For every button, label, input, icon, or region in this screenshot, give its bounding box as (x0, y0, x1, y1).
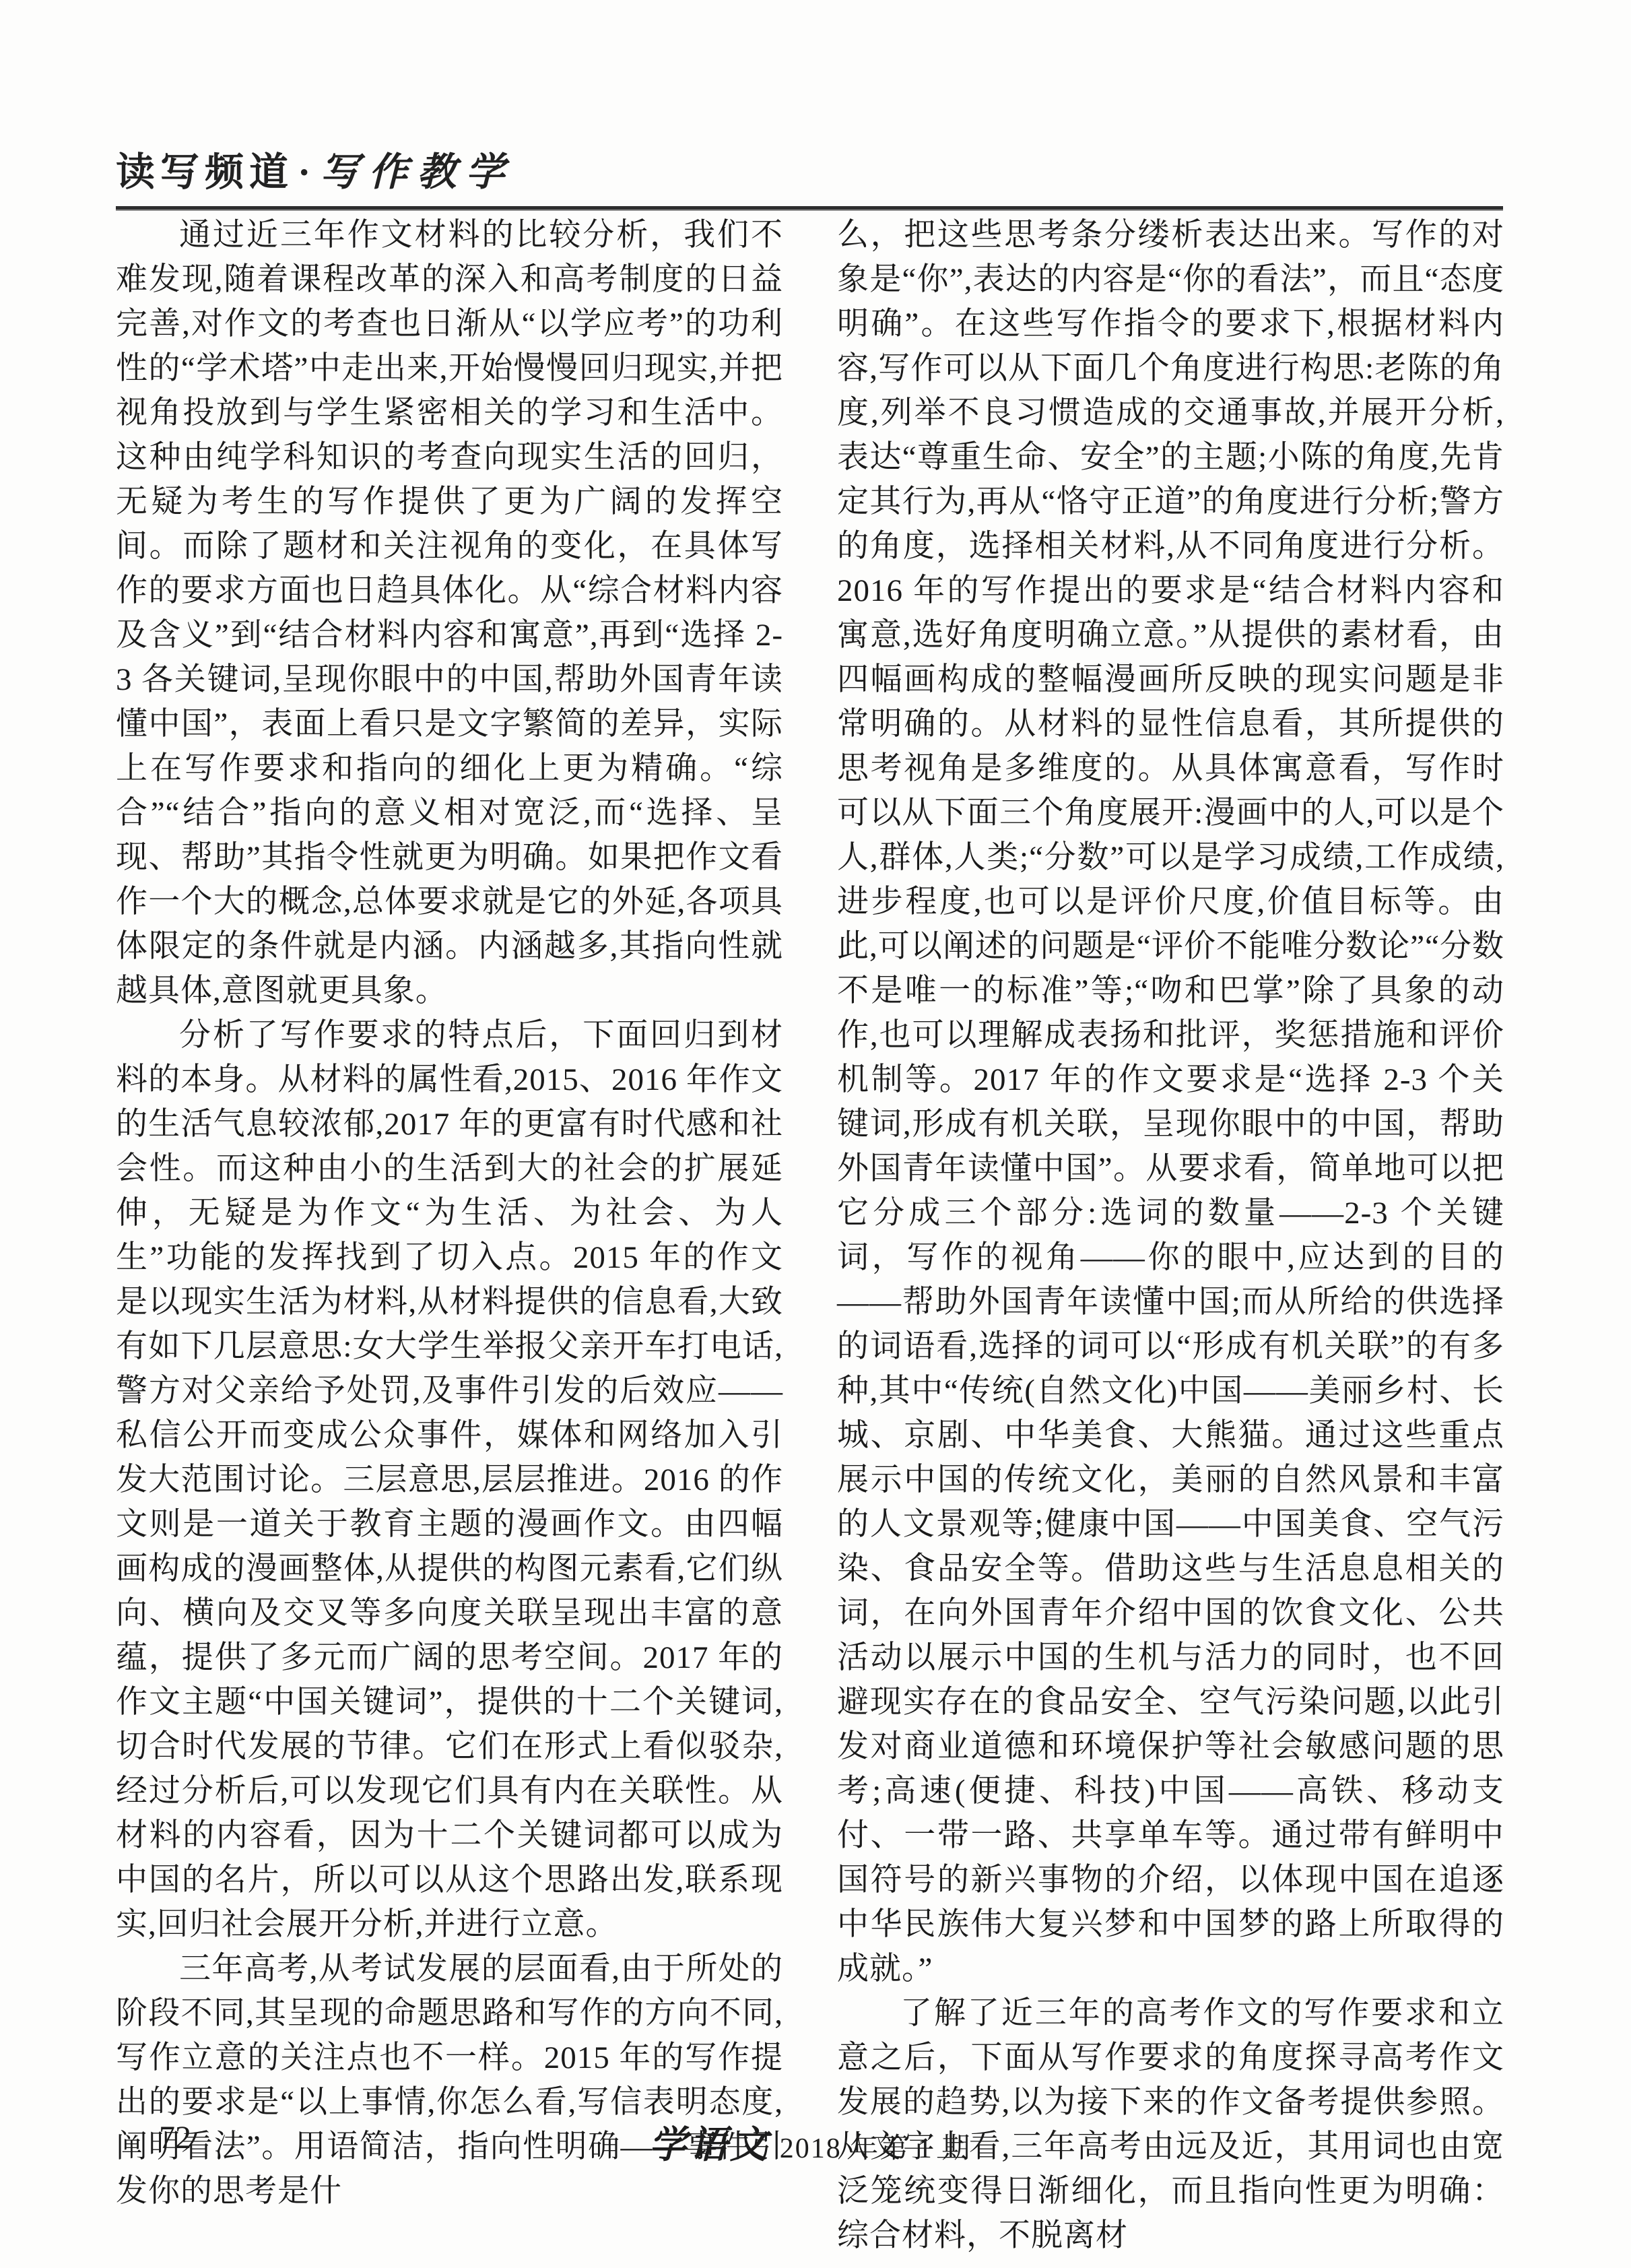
right-column: 么，把这些思考条分缕析表达出来。写作的对象是“你”,表达的内容是“你的看法”，而… (837, 213, 1504, 2258)
journal-page: 读写频道·写作教学 通过近三年作文材料的比较分析，我们不难发现,随着课程改革的深… (0, 0, 1631, 2268)
paragraph-2: 分析了写作要求的特点后，下面回归到材料的本身。从材料的属性看,2015、2016… (116, 1013, 783, 1947)
page-footer: 72 学语文2018 年第 1 期 (116, 2115, 1504, 2169)
section-separator-dot: · (298, 150, 316, 194)
header-rule (116, 206, 1503, 211)
article-body: 通过近三年作文材料的比较分析，我们不难发现,随着课程改革的深入和高考制度的日益完… (116, 213, 1504, 2258)
page-header: 读写频道·写作教学 (116, 140, 1503, 211)
paragraph-3-continuation: 么，把这些思考条分缕析表达出来。写作的对象是“你”,表达的内容是“你的看法”，而… (837, 213, 1504, 1991)
page-number: 72 (159, 2119, 191, 2156)
journal-name: 学语文 (649, 2125, 770, 2166)
left-column: 通过近三年作文材料的比较分析，我们不难发现,随着课程改革的深入和高考制度的日益完… (116, 213, 783, 2258)
paragraph-3-start: 三年高考,从考试发展的层面看,由于所处的阶段不同,其呈现的命题思路和写作的方向不… (116, 1947, 783, 2213)
section-topic-label: 写作教学 (320, 150, 514, 194)
journal-imprint: 学语文2018 年第 1 期 (649, 2115, 972, 2169)
section-title: 读写频道·写作教学 (116, 140, 1503, 197)
section-channel-label: 读写频道 (116, 150, 294, 194)
journal-issue: 2018 年第 1 期 (780, 2133, 972, 2164)
paragraph-1: 通过近三年作文材料的比较分析，我们不难发现,随着课程改革的深入和高考制度的日益完… (116, 213, 783, 1013)
